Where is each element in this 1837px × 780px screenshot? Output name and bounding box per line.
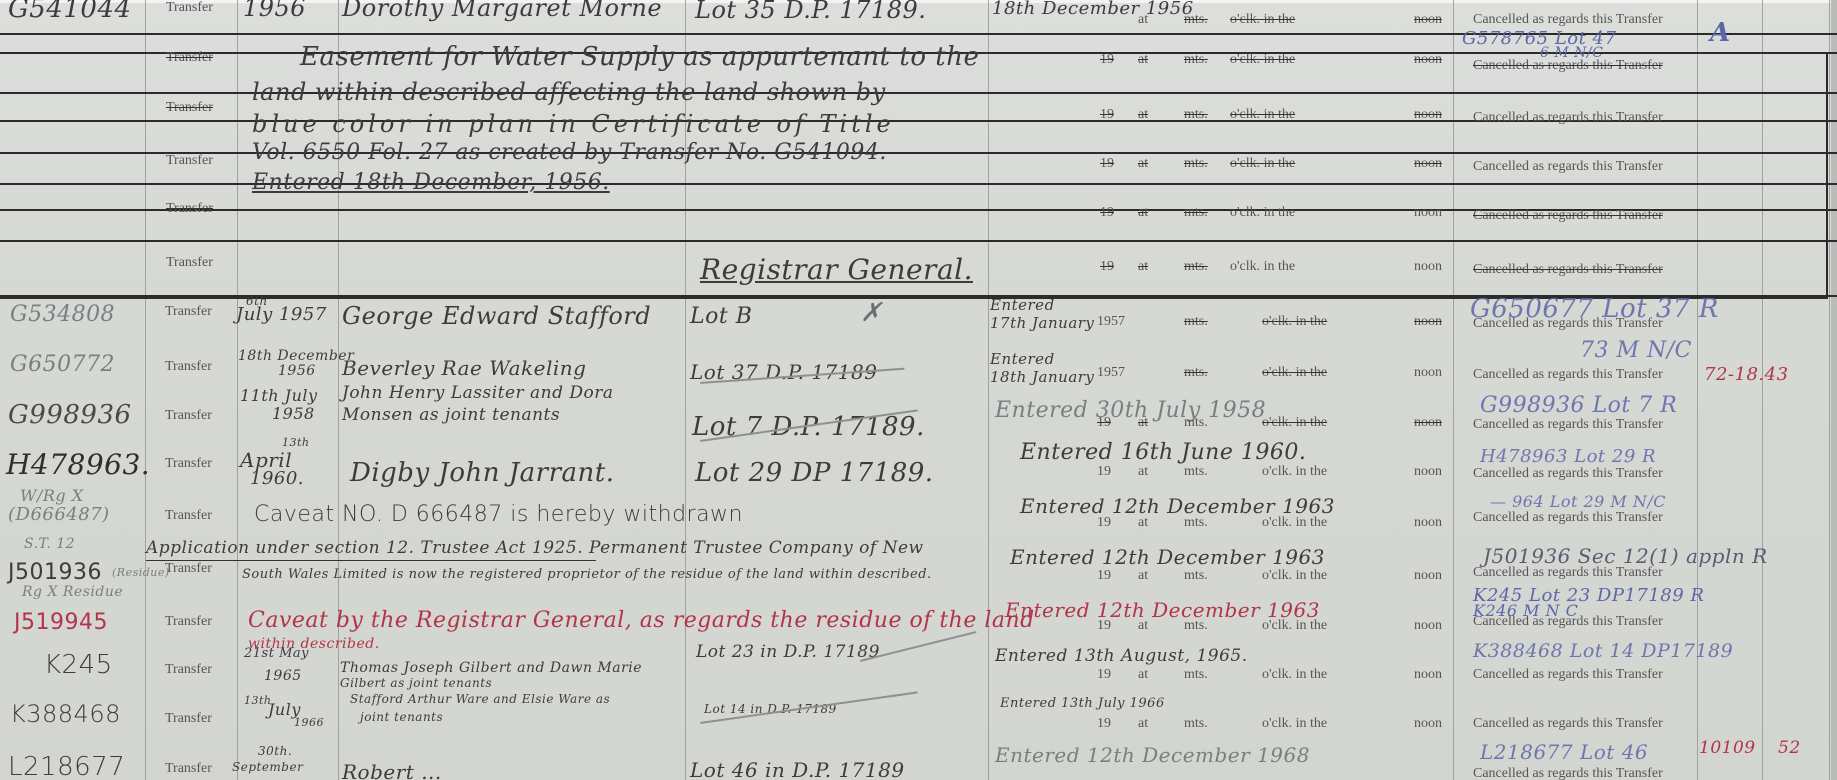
dealing-date: 1956 (243, 0, 306, 22)
dealing-date: 1965 (264, 668, 302, 684)
dealing-number: J501936 (8, 560, 102, 585)
instrument-type-label: Transfer (166, 100, 213, 116)
instrument-type-label: Transfer (165, 456, 212, 472)
instrument-type-label: Transfer (165, 662, 212, 678)
dealing-number: K245 (44, 650, 113, 680)
entered-date: Entered (990, 296, 1055, 314)
easement-line: blue color in plan in Certificate of Tit… (252, 110, 895, 138)
label-minutes: mts. (1184, 12, 1208, 28)
proprietor-name: George Edward Stafford (342, 302, 651, 330)
instrument-type-label: Transfer (165, 711, 212, 727)
instrument-type-label: Transfer (165, 614, 212, 630)
dealing-date: July 1957 (236, 304, 327, 325)
cancel-note: G650677 Lot 37 R (1470, 294, 1719, 324)
dealing-number-aside: (Residue) (112, 566, 170, 579)
cancelled-label: Cancelled as regards this Transfer (1473, 12, 1663, 28)
cancel-note: K246 M N C (1473, 601, 1578, 620)
cancel-note: J501936 Sec 12(1) appln R (1483, 544, 1768, 568)
cancel-note: K388468 Lot 14 DP17189 (1473, 640, 1733, 662)
dealing-date: 21st May (244, 646, 309, 661)
entered-date: Entered 12th December 1963 (1010, 545, 1325, 569)
dealing-date: 1960. (250, 468, 304, 489)
proprietor-name: Stafford Arthur Ware and Elsie Ware as (350, 692, 610, 706)
instrument-type-label: Transfer (165, 304, 212, 320)
reference-number: 52 (1778, 738, 1801, 758)
instrument-type-label: Transfer (165, 359, 212, 375)
easement-line: land within described affecting the land… (252, 78, 886, 106)
red-amount: 72-18.43 (1704, 364, 1789, 385)
cross-mark: ✗ (860, 298, 882, 328)
proprietor-name: Robert ... (342, 760, 442, 780)
entered-date: Entered (990, 350, 1055, 368)
label-at: at (1138, 12, 1148, 28)
column-rule (1829, 0, 1830, 780)
margin-mark: A (1710, 18, 1731, 48)
dealing-number-note: Rg X Residue (22, 584, 123, 600)
land-description: Lot 35 D.P. 17189. (695, 0, 926, 24)
trustee-application: South Wales Limited is now the registere… (242, 567, 932, 582)
entered-date: Entered 30th July 1958 (995, 398, 1266, 423)
entered-date: Entered 12th December 1968 (995, 743, 1310, 767)
instrument-type-label: Transfer (166, 153, 213, 169)
proprietor-name: Beverley Rae Wakeling (342, 356, 586, 380)
label-noon: noon (1414, 12, 1442, 28)
entered-date: Entered 16th June 1960. (1020, 440, 1306, 465)
dealing-date: 1956 (278, 363, 316, 379)
dealing-date: 1958 (272, 404, 315, 423)
dealing-date: 11th July (240, 386, 318, 405)
instrument-type-label: Transfer (165, 761, 212, 777)
entered-date: 17th January (990, 314, 1094, 332)
instrument-type-label: Transfer (165, 561, 212, 577)
easement-entered: Entered 18th December, 1956. (252, 170, 610, 195)
cancel-note: H478963 Lot 29 R (1480, 446, 1656, 467)
dealing-date: 18th December (238, 348, 354, 364)
caveat-withdrawal: Caveat NO. D 666487 is hereby withdrawn (254, 502, 743, 527)
land-description: Lot 29 DP 17189. (695, 458, 934, 488)
cancel-note: 73 M N/C (1580, 338, 1692, 363)
instrument-type-label: Transfer (166, 50, 213, 66)
dealing-number-note: S.T. 12 (24, 536, 75, 552)
entered-year: 1957 (1097, 314, 1125, 330)
entered-date: 18th January (990, 368, 1094, 386)
dealing-number: G541044 (8, 0, 132, 24)
trustee-application: Application under section 12. Trustee Ac… (146, 538, 924, 558)
dealing-number: G998936 (8, 400, 132, 430)
instrument-type-label: Transfer (166, 255, 213, 271)
proprietor-name: Digby John Jarrant. (350, 458, 614, 488)
register-page: G541044 Transfer 1956 Dorothy Margaret M… (0, 0, 1837, 780)
dealing-number: J519945 (14, 610, 108, 635)
dealing-number: G650772 (10, 352, 115, 377)
dealing-number: H478963. (6, 448, 150, 481)
dealing-number: L218677 (8, 752, 125, 780)
proprietor-name: John Henry Lassiter and Dora (342, 383, 614, 403)
proprietor-name: Monsen as joint tenants (342, 405, 560, 425)
underline (146, 560, 596, 561)
proprietor-name: Gilbert as joint tenants (340, 676, 492, 690)
instrument-type-label: Transfer (166, 0, 213, 16)
registrar-signature: Registrar General. (700, 253, 973, 286)
land-description: Lot B (690, 304, 752, 329)
dealing-date: 1966 (294, 716, 324, 729)
proprietor-name: Thomas Joseph Gilbert and Dawn Marie (340, 660, 642, 676)
instrument-type-label: Transfer (165, 508, 212, 524)
land-description: Lot 23 in D.P. 17189 (696, 642, 880, 662)
proprietor-name: joint tenants (360, 710, 443, 724)
dealing-number: (D666487) (8, 504, 110, 525)
label-oclock: o'clk. in the (1230, 12, 1295, 28)
dealing-date: 30th. (258, 744, 292, 758)
entered-date: 18th December 1956 (992, 0, 1194, 19)
instrument-type-label: Transfer (166, 201, 213, 217)
entered-date: Entered 13th July 1966 (1000, 696, 1165, 711)
entered-year: 1957 (1097, 365, 1125, 381)
cancel-note: — 964 Lot 29 M N/C (1490, 492, 1666, 511)
easement-line: Easement for Water Supply as appurtenant… (300, 42, 979, 72)
cancel-note: G998936 Lot 7 R (1480, 393, 1677, 418)
cancel-note: L218677 Lot 46 (1480, 740, 1648, 764)
easement-line: Vol. 6550 Fol. 27 as created by Transfer… (252, 140, 887, 165)
scan-right-edge (1831, 0, 1837, 780)
proprietor-name: Dorothy Margaret Morne (342, 0, 662, 22)
land-description: Lot 46 in D.P. 17189 (690, 758, 905, 780)
dealing-number: K388468 (10, 700, 121, 728)
dealing-date: September (232, 760, 303, 774)
reference-number: 10109 (1699, 738, 1756, 758)
dealing-number-note: W/Rg X (20, 486, 84, 505)
entered-date: Entered 13th August, 1965. (995, 646, 1248, 666)
instrument-type-label: Transfer (165, 408, 212, 424)
registrar-caveat: Caveat by the Registrar General, as rega… (248, 608, 1035, 633)
dealing-number: G534808 (10, 302, 115, 327)
